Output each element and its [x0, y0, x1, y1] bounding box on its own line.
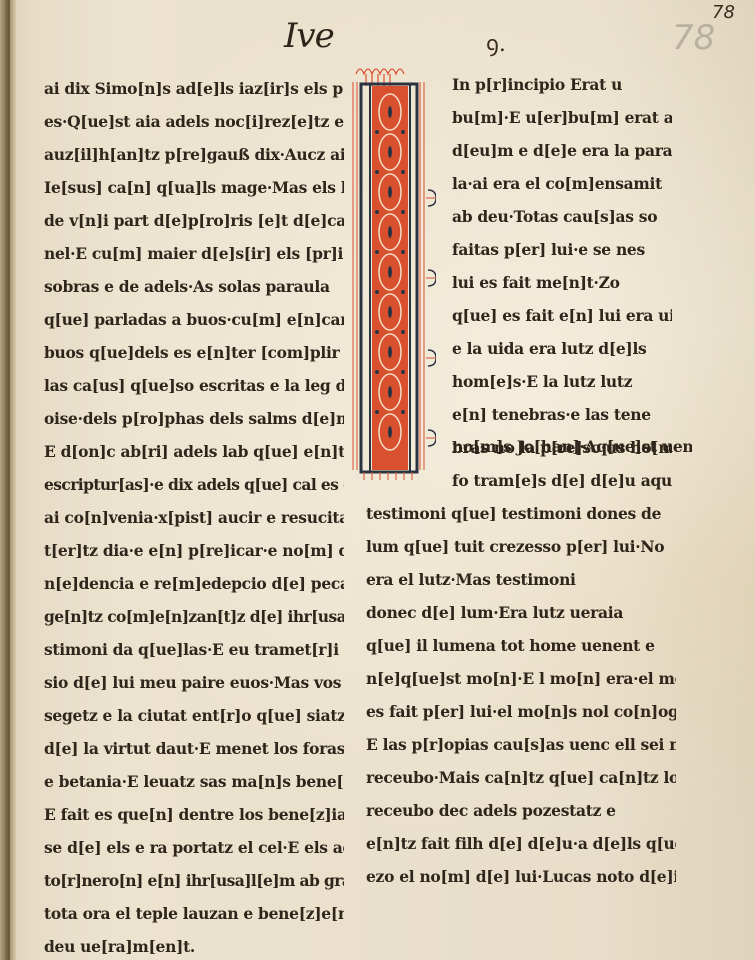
text-line: q[ue] es fait e[n] lui era uida: [452, 299, 672, 332]
text-line: sio d[e] lui meu paire euos·Mas vos: [44, 666, 344, 699]
text-line: d[eu]m e d[e]e era la paraula: [452, 134, 672, 167]
text-line: q[ue] il lumena tot home uenent e: [366, 629, 676, 662]
text-line: donec d[e] lum·Era lutz ueraia: [366, 596, 676, 629]
text-line: no[m]s Jo[han]·Aq[ue]st uenc e[n]: [452, 430, 692, 463]
text-line: segetz e la ciutat ent[r]o q[ue] siatz v…: [44, 699, 344, 732]
text-line: las ca[us] q[ue]so escritas e la leg d[e…: [44, 369, 344, 402]
text-line: de v[n]i part d[e]p[ro]ris [e]t d[e]ca[s…: [44, 204, 344, 237]
text-line: faitas p[er] lui·e se nes: [452, 233, 672, 266]
illuminated-initial-i: [350, 60, 436, 480]
text-line: lum q[ue] tuit crezesso p[er] lui·No: [366, 530, 676, 563]
text-line: auz[il]h[an]tz p[re]gauß dix·Aucz aia: [44, 138, 344, 171]
folio-number: 78: [712, 2, 735, 23]
text-line: stimoni da q[ue]las·E eu tramet[r]i la p…: [44, 633, 344, 666]
text-line: hom[e]s·E la lutz lutz: [452, 365, 672, 398]
text-line: era el lutz·Mas testimoni: [366, 563, 676, 596]
right-text-line-aquest: no[m]s Jo[han]·Aq[ue]st uenc e[n]: [452, 430, 692, 463]
text-line: oise·dels p[ro]phas dels salms d[e]mi·: [44, 402, 344, 435]
text-line: E las p[r]opias cau[s]as uenc ell sei no…: [366, 728, 676, 761]
text-line: to[r]nero[n] e[n] ihr[usa]l[e]m ab gra[n…: [44, 864, 344, 897]
text-line: bu[m]·E u[er]bu[m] erat apud: [452, 101, 672, 134]
text-line: testimoni q[ue] testimoni dones de: [366, 497, 676, 530]
right-text-column-mid: fo tram[e]s d[e] d[e]u aquel era: [452, 464, 672, 497]
initial-penwork-icon: [350, 60, 436, 480]
text-line: sobras e de adels·As solas paraula: [44, 270, 344, 303]
text-line: receubo dec adels pozestatz e: [366, 794, 676, 827]
text-line: n[e]dencia e re[m]edepcio d[e] pecatz e …: [44, 567, 344, 600]
text-line: ezo el no[m] d[e] lui·Lucas noto d[e]iac…: [366, 860, 676, 893]
text-line: e la uida era lutz d[e]ls: [452, 332, 672, 365]
text-line: ab deu·Totas cau[s]as so: [452, 200, 672, 233]
right-text-column-bottom: testimoni q[ue] testimoni dones de lum q…: [366, 497, 676, 893]
header-abbreviation-mark: ꝯ.: [486, 28, 506, 58]
right-text-column-top: In p[r]incipio Erat u bu[m]·E u[er]bu[m]…: [452, 68, 672, 464]
text-line: es·Q[ue]st aia adels noc[i]rez[e]tz e[n]: [44, 105, 344, 138]
text-line: ai dix Simo[n]s ad[e]ls iaz[ir]s els p: [44, 72, 344, 105]
text-line: tota ora el teple lauzan e bene[z]e[n]tz: [44, 897, 344, 930]
text-line: nel·E cu[m] maier d[e]s[ir] els [pr]i ia…: [44, 237, 344, 270]
text-line: Ie[sus] ca[n] q[ua]ls mage·Mas els lo pi…: [44, 171, 344, 204]
binding-line: [8, 0, 10, 960]
text-line: e[n]tz fait filh d[e] d[e]u·a d[e]ls q[u…: [366, 827, 676, 860]
text-line: fo tram[e]s d[e] d[e]u aquel era: [452, 464, 672, 497]
text-line: n[e]q[ue]st mo[n]·E l mo[n] era·el mo[n]: [366, 662, 676, 695]
text-line: ge[n]tz co[m]e[n]zan[t]z d[e] ihr[usa]l[…: [44, 600, 344, 633]
folio-number-faint: 78: [672, 18, 715, 58]
text-line: t[er]tz dia·e e[n] p[re]icar·e no[m] d[e…: [44, 534, 344, 567]
left-text-column: ai dix Simo[n]s ad[e]ls iaz[ir]s els p e…: [44, 72, 344, 960]
text-line: E fait es que[n] dentre los bene[z]ia pa…: [44, 798, 344, 831]
text-line: receubo·Mais ca[n]tz q[ue] ca[n]tz lo: [366, 761, 676, 794]
text-line: e betania·E leuatz sas ma[n]s bene[z]i l…: [44, 765, 344, 798]
text-line: E d[on]c ab[ri] adels lab q[ue] e[n]t[en…: [44, 435, 344, 468]
running-header: Ive: [284, 16, 334, 56]
text-line: es fait p[er] lui·el mo[n]s nol co[n]og·: [366, 695, 676, 728]
text-line: q[ue] parladas a buos·cu[m] e[n]cara so …: [44, 303, 344, 336]
text-line: la·ai era el co[m]ensamit: [452, 167, 672, 200]
text-line: escriptur[as]·e dix adels q[ue] cal es e…: [44, 468, 344, 501]
text-line: e[n] tenebras·e las tene: [452, 398, 672, 431]
text-line: se d[e] els e ra portatz el cel·E els ad…: [44, 831, 344, 864]
text-line-incipit: In p[r]incipio Erat u: [452, 68, 672, 101]
text-line: buos q[ue]dels es e[n]ter [com]plir [e]s…: [44, 336, 344, 369]
text-line: lui es fait me[n]t·Zo: [452, 266, 672, 299]
text-line: deu ue[ra]m[en]t.: [44, 930, 344, 960]
text-line: d[e] la virtut daut·E menet los foras: [44, 732, 344, 765]
text-line: ai co[n]venia·x[pist] aucir e resucitar …: [44, 501, 344, 534]
